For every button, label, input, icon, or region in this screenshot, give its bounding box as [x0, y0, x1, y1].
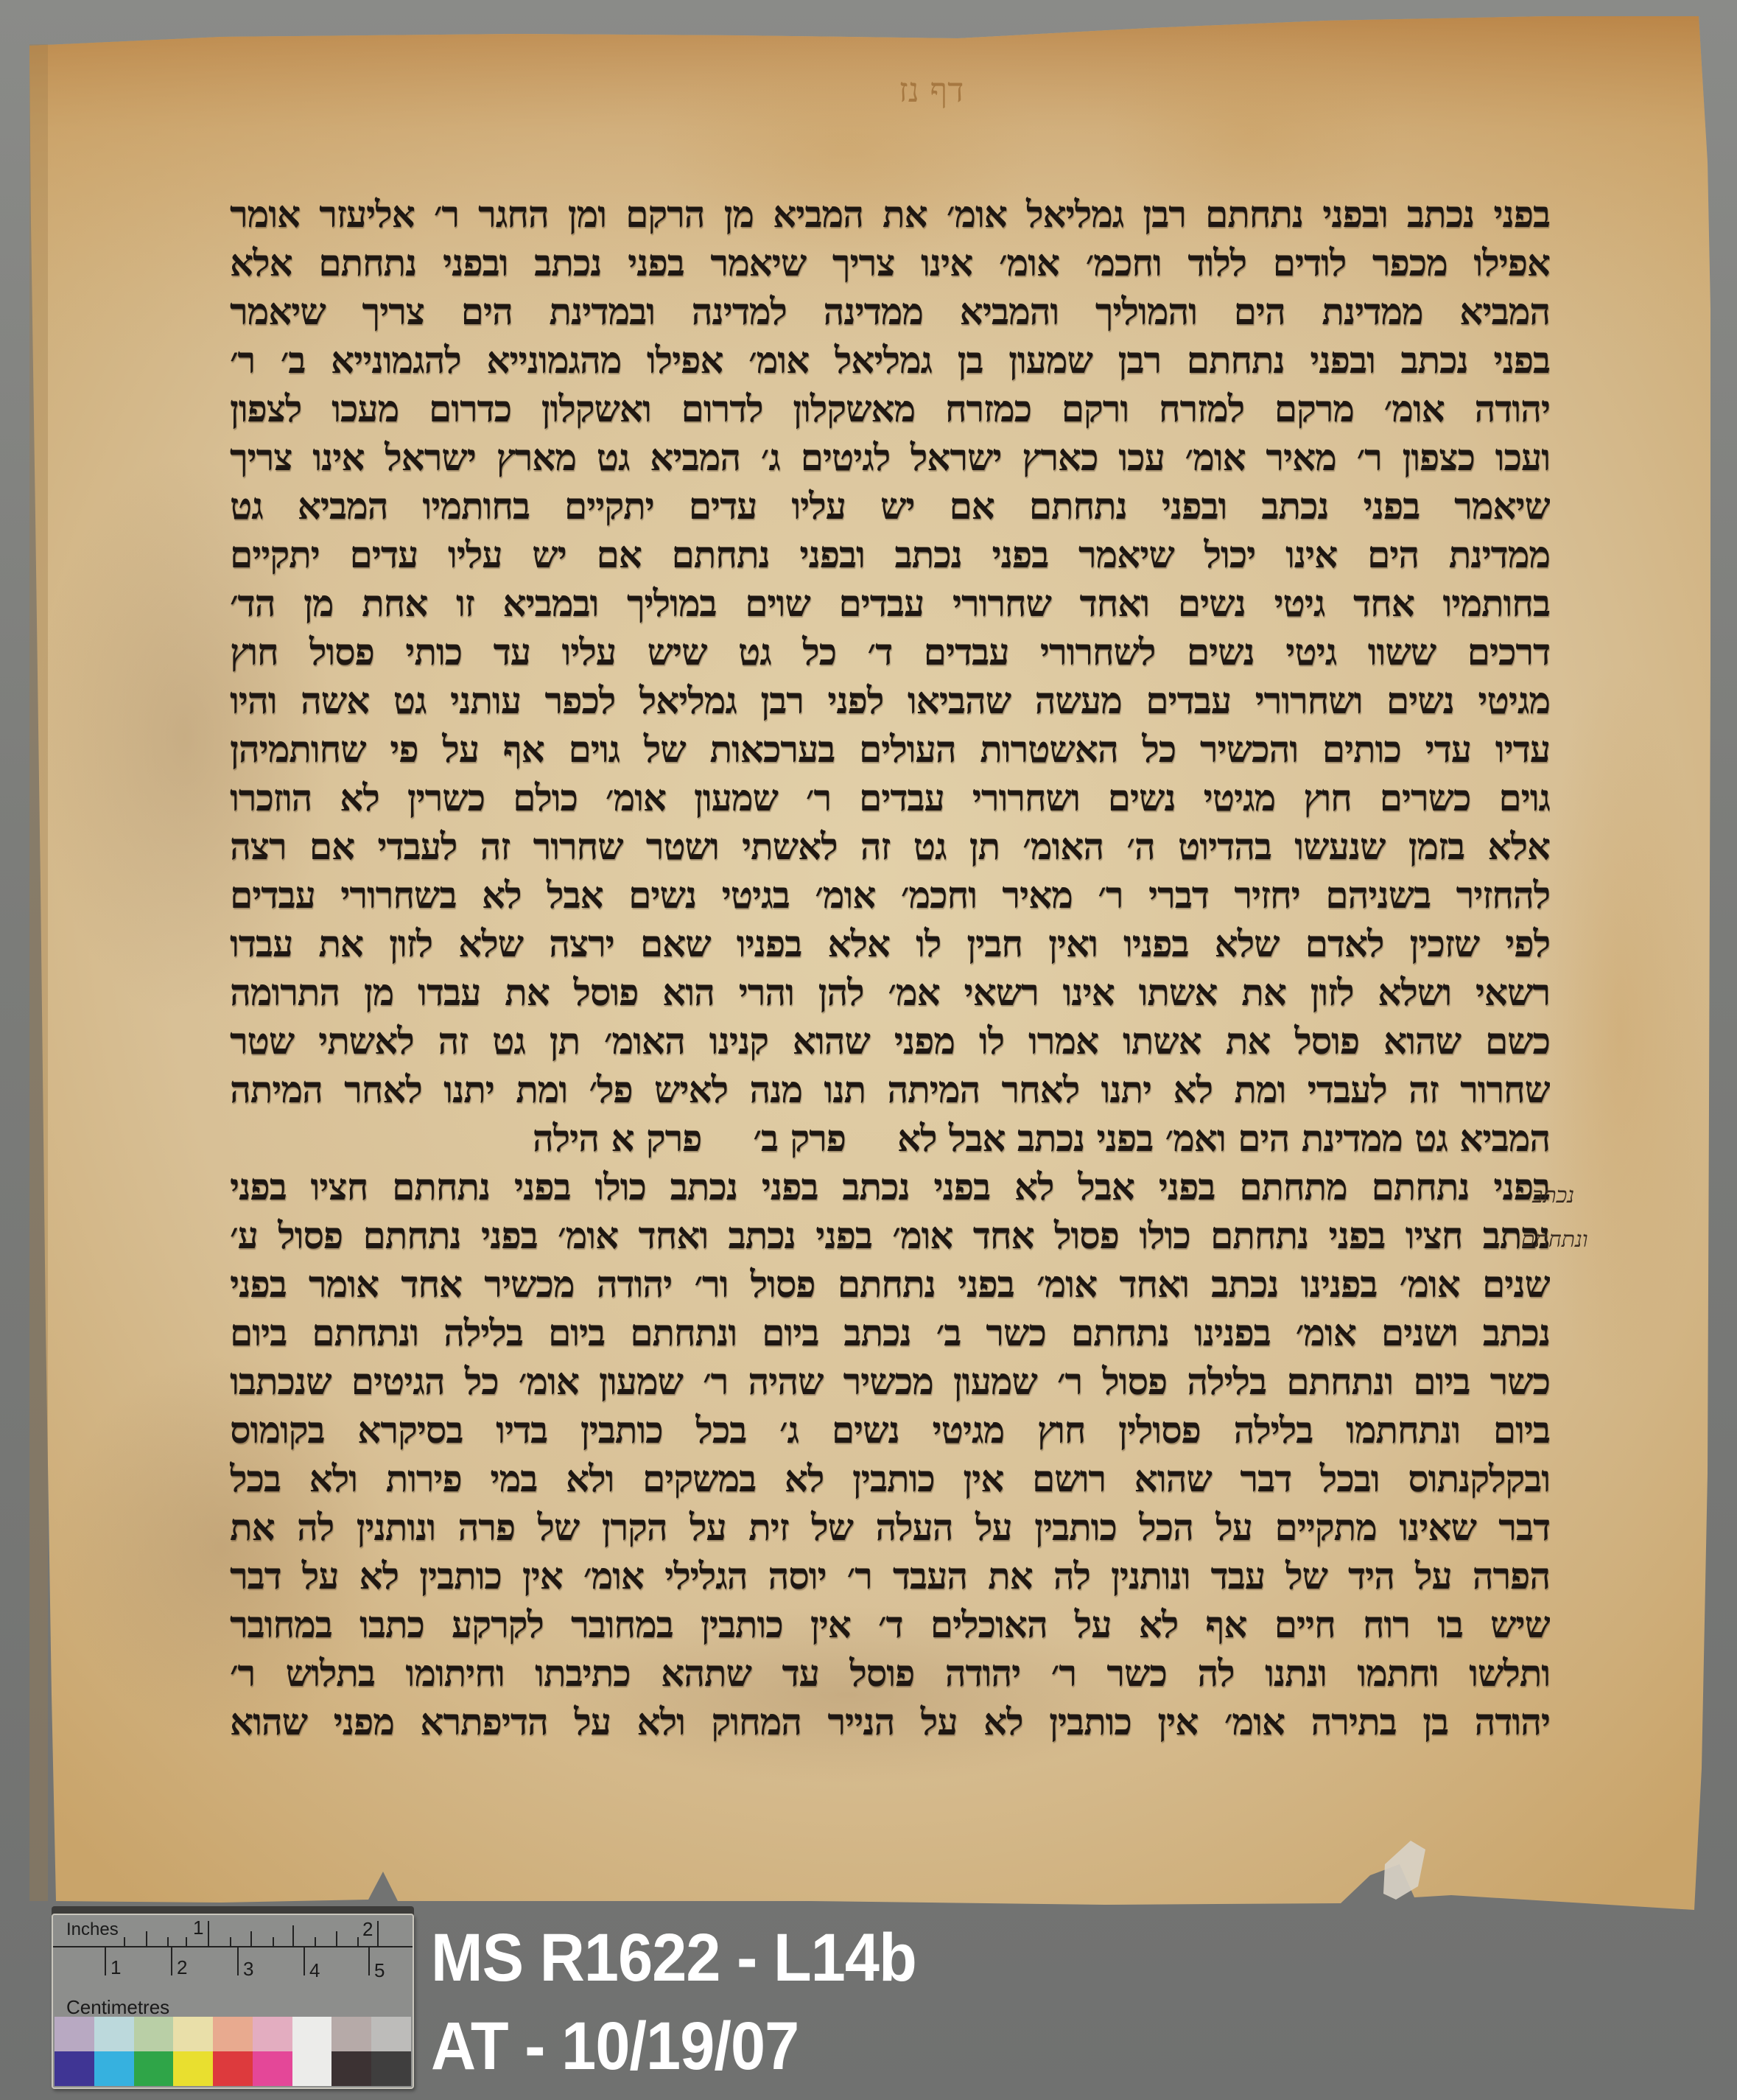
centimetres-label: Centimetres [66, 1996, 169, 2019]
chapter-incipit: המביא גט ממדינת הים ואמ׳ בפני נכתב אבל ל… [897, 1114, 1550, 1163]
cm-mark: 2 [177, 1956, 187, 1979]
cm-mark: 5 [374, 1959, 385, 1982]
tick [124, 1937, 125, 1946]
text-line: בחותמיו אחד גיטי נשים ואחד שחרורי עבדים … [230, 579, 1550, 628]
text-line: דבר שאינו מתקיים על הכל כותבין על העלה ש… [230, 1503, 1550, 1552]
swatch-green [134, 2017, 174, 2086]
tick [368, 1946, 370, 1975]
tick [315, 1937, 316, 1946]
text-line: דרכים ששוו גיטי נשים לשחרורי עבדים ד׳ כל… [230, 628, 1550, 676]
inch-mark: 1 [193, 1917, 203, 1939]
tick [230, 1937, 231, 1946]
text-line: שיאמר בפני נכתב ובפני נתחתם אם יש עליו ע… [230, 482, 1550, 531]
tick [303, 1946, 305, 1975]
text-line: שחרור זה לעבדי ומת לא יתנו לאחר המיתה תנ… [230, 1065, 1550, 1114]
color-swatches [55, 2017, 411, 2086]
inch-rule-line [53, 1946, 413, 1947]
text-line: כשר ביום ונתחתם בלילה פסול ר׳ שמעון מכשי… [230, 1357, 1550, 1406]
tick [208, 1921, 209, 1946]
text-line: להחזיר בשניהם יחזיר דברי ר׳ מאיר וחכמ׳ א… [230, 871, 1550, 920]
text-line: יהודה בן בתירה אומ׳ אין כותבין לא על הני… [230, 1698, 1550, 1746]
text-line: לפי שזכין לאדם שלא בפניו ואין חבין לו אל… [230, 920, 1550, 968]
text-line: אלא בזמן שנעשו בהדיוט ה׳ האומ׳ תן גט זה … [230, 822, 1550, 871]
tick [336, 1931, 337, 1946]
margin-note: נכתב [1532, 1183, 1574, 1208]
text-line: שנים אומ׳ בפנינו נכתב ואחד אומ׳ בפני נתח… [230, 1260, 1550, 1309]
text-line: אפילו מכפר לודים ללוד וחכמ׳ אומ׳ אינו צר… [230, 239, 1550, 287]
text-line: ובקלקנתוס ובכל דבר שהוא רושם אין כותבין … [230, 1455, 1550, 1503]
chapter-heading-line: המביא גט ממדינת הים ואמ׳ בפני נכתב אבל ל… [230, 1114, 1550, 1163]
text-line: ממדינת הים אינו יכול שיאמר בפני נכתב ובפ… [230, 531, 1550, 579]
tick [377, 1921, 379, 1946]
swatch-yellow [173, 2017, 213, 2086]
tick [146, 1931, 147, 1946]
text-line: נכתב ושנים אומ׳ בפנינו נתחתם כשר ב׳ נכתב… [230, 1309, 1550, 1357]
text-line: ועכו כצפון ר׳ מאיר אומ׳ עכו כארץ ישראל ל… [230, 433, 1550, 482]
text-line: עדיו עדי כותים והכשיר כל האשטרות העולים … [230, 725, 1550, 774]
text-line: גוים כשרים חוץ מגיטי נשים ושחרורי עבדים … [230, 774, 1550, 822]
chapter-heading: פרק ב׳ [753, 1114, 846, 1163]
swatch-gray-dark [331, 2017, 371, 2086]
tick [250, 1931, 252, 1946]
text-line: שיש בו רוח חיים אף לא על האוכלים ד׳ אין … [230, 1600, 1550, 1649]
tick [105, 1946, 106, 1975]
text-line: יהודה אומ׳ מרקם למזרח ורקם כמזרח מאשקלון… [230, 385, 1550, 433]
swatch-magenta [253, 2017, 292, 2086]
swatch-white [292, 2017, 332, 2086]
cm-mark: 3 [243, 1958, 253, 1981]
manuscript-text-block: בפני נכתב ובפני נתחתם רבן גמליאל אומ׳ את… [230, 190, 1550, 1605]
inches-label: Inches [66, 1919, 119, 1940]
text-line: ותלשו וחתמו ונתנו לה כשר ר׳ יהודה פוסל ע… [230, 1649, 1550, 1698]
tick [273, 1937, 274, 1946]
swatch-cyan [94, 2017, 134, 2086]
text-line: בפני נכתב ובפני נתחתם רבן גמליאל אומ׳ את… [230, 190, 1550, 239]
text-line: רשאי ושלא לזון את אשתו אינו רשאי אמ׳ להן… [230, 968, 1550, 1017]
text-line: בפני נתחתם מתחתם בפני אבל לא בפני נכתב ב… [230, 1163, 1550, 1211]
text-line: בפני נכתב ובפני נתחתם רבן שמעון בן גמליא… [230, 336, 1550, 385]
tick [167, 1937, 169, 1946]
chapter-end-note: פרק א הילה [533, 1114, 701, 1163]
tick [292, 1925, 294, 1946]
text-line: כשם שהוא פוסל את אשתו אמרו לו מפני שהוא … [230, 1017, 1550, 1065]
swatch-violet [55, 2017, 94, 2086]
date-caption: AT - 10/19/07 [431, 2008, 799, 2085]
text-line: ביום ונתחתמו בלילה פסולין חוץ מגיטי נשים… [230, 1406, 1550, 1455]
swatch-gray-black [371, 2017, 411, 2086]
inch-mark: 2 [362, 1918, 373, 1941]
text-line: נכתב חציו בפני נתחתם כולו פסול אחד אומ׳ … [230, 1211, 1550, 1260]
tick [357, 1937, 359, 1946]
text-line: המביא ממדינת הים והמוליך והמביא ממדינה ל… [230, 287, 1550, 336]
tick [171, 1946, 172, 1975]
scale-color-card: Inches 1 2 1 2 3 4 5 Centimetres [52, 1914, 414, 2089]
text-line: מגיטי נשים ושחרורי עבדים מעשה שהביאו לפנ… [230, 676, 1550, 725]
tick [186, 1937, 187, 1946]
tick [237, 1946, 239, 1975]
text-line: הפרה על היד של עבד ונותנין לה את העבד ר׳… [230, 1552, 1550, 1600]
folio-mark: דף נז [899, 70, 964, 110]
margin-note: ונתחתם [1521, 1227, 1588, 1253]
shelfmark-caption: MS R1622 - L14b [431, 1919, 916, 1997]
cm-mark: 1 [110, 1956, 121, 1979]
swatch-red [213, 2017, 253, 2086]
cm-mark: 4 [309, 1959, 320, 1982]
